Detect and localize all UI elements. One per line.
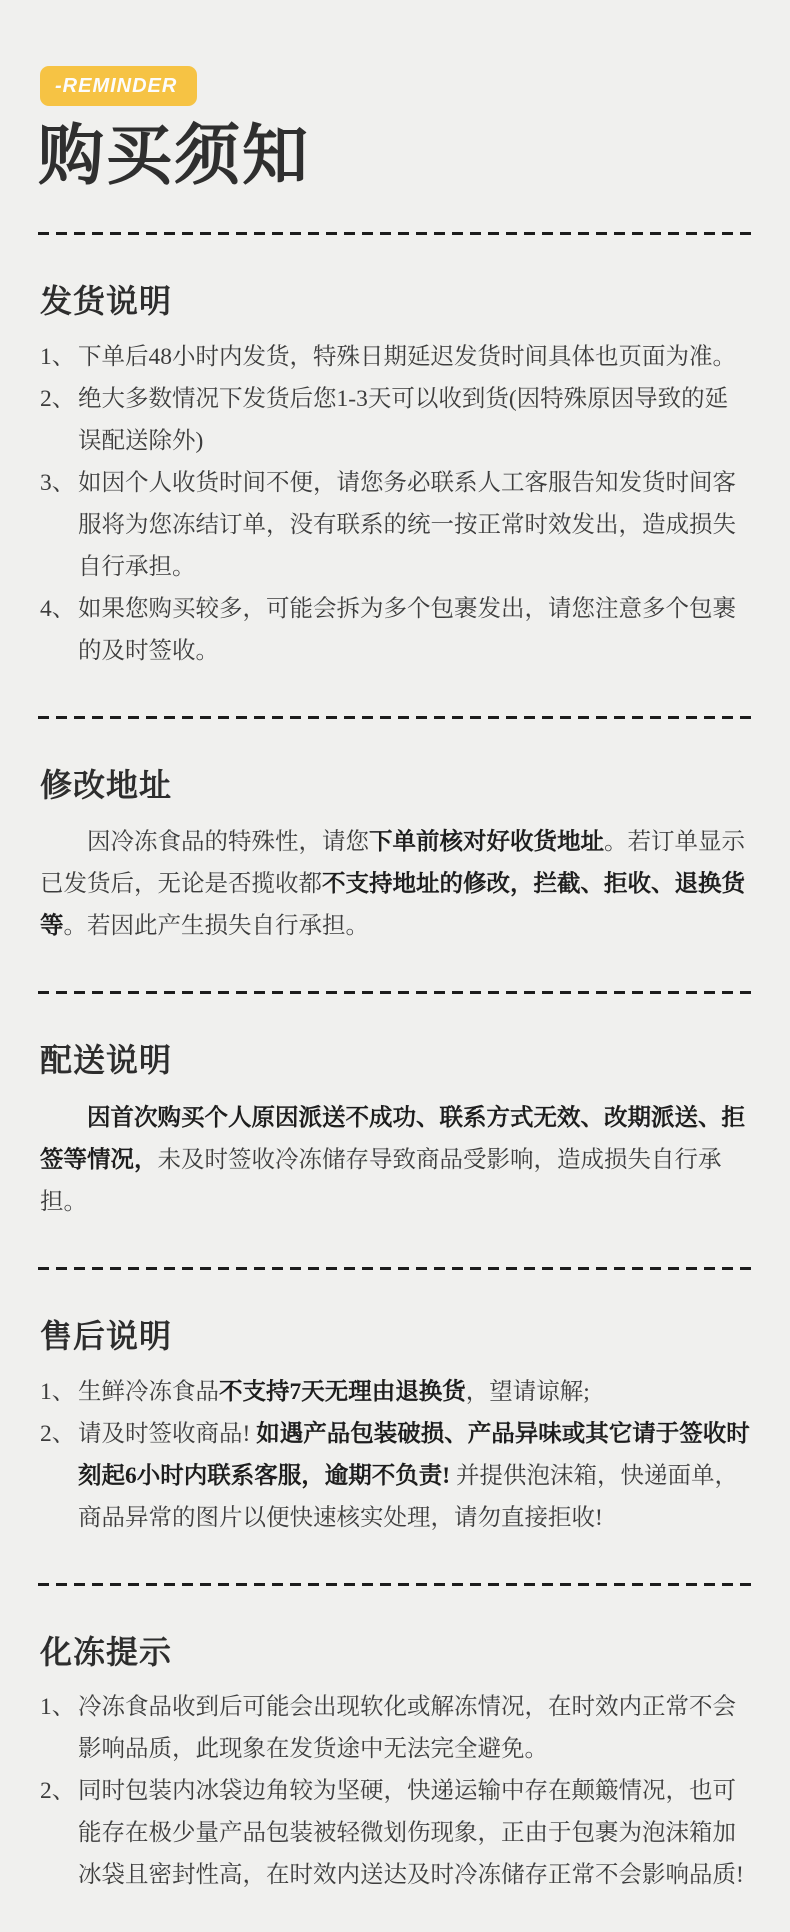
list-item: 4、如果您购买较多，可能会拆为多个包裹发出，请您注意多个包裹的及时签收。 <box>40 588 750 672</box>
title-divider <box>38 232 752 235</box>
list-item-text: ，望请谅解; <box>466 1379 590 1405</box>
list-item: 如果您购买较多，可能会拆为多个包裹发出，请您注意多个包裹的及时签收。 <box>78 588 750 672</box>
list-item-text: 生鲜冷冻食品 <box>78 1379 219 1405</box>
list-item-text: 冷冻食品收到后可能会出现软化或解冻情况，在时效内正常不会影响品质，此现象在发货途… <box>78 1694 736 1762</box>
list-item: 生鲜冷冻食品不支持7天无理由退换货，望请谅解; <box>78 1371 750 1413</box>
section-heading: 修改地址 <box>40 765 750 807</box>
list-item: 1、生鲜冷冻食品不支持7天无理由退换货，望请谅解; <box>40 1371 750 1413</box>
section-heading: 配送说明 <box>40 1040 750 1082</box>
section-paragraph: 因冷冻食品的特殊性，请您下单前核对好收货地址。若订单显示已发货后，无论是否揽收都… <box>40 821 750 947</box>
list-item-text: 下单后48小时内发货，特殊日期延迟发货时间具体也页面为准。 <box>78 344 736 370</box>
list-item: 冷冻食品收到后可能会出现软化或解冻情况，在时效内正常不会影响品质，此现象在发货途… <box>78 1686 750 1770</box>
section-4: 售后说明1、生鲜冷冻食品不支持7天无理由退换货，望请谅解;2、请及时签收商品! … <box>0 1316 790 1539</box>
section-1: 发货说明1、下单后48小时内发货，特殊日期延迟发货时间具体也页面为准。2、绝大多… <box>0 281 790 672</box>
sections: 发货说明1、下单后48小时内发货，特殊日期延迟发货时间具体也页面为准。2、绝大多… <box>0 281 790 1896</box>
list-item: 绝大多数情况下发货后您1-3天可以收到货(因特殊原因导致的延误配送除外) <box>78 378 750 462</box>
list-item: 如因个人收货时间不便，请您务必联系人工客服告知发货时间客服将为您冻结订单，没有联… <box>78 462 750 588</box>
list-item-number: 2、 <box>40 1770 78 1812</box>
list-item: 请及时签收商品! 如遇产品包装破损、产品异味或其它请于签收时刻起6小时内联系客服… <box>78 1413 750 1539</box>
list-item-text: 同时包装内冰袋边角较为坚硬，快递运输中存在颠簸情况，也可能存在极少量产品包装被轻… <box>78 1778 744 1888</box>
section-divider <box>38 991 752 994</box>
list-item: 2、同时包装内冰袋边角较为坚硬，快递运输中存在颠簸情况，也可能存在极少量产品包装… <box>40 1770 750 1896</box>
list-item-number: 2、 <box>40 1413 78 1455</box>
list-item: 2、请及时签收商品! 如遇产品包装破损、产品异味或其它请于签收时刻起6小时内联系… <box>40 1413 750 1539</box>
section-divider <box>38 1267 752 1270</box>
page-title: 购买须知 <box>38 122 790 191</box>
list-item: 3、如因个人收货时间不便，请您务必联系人工客服告知发货时间客服将为您冻结订单，没… <box>40 462 750 588</box>
reminder-badge: -REMINDER <box>40 66 197 106</box>
section-divider <box>38 716 752 719</box>
section-5: 化冻提示1、冷冻食品收到后可能会出现软化或解冻情况，在时效内正常不会影响品质，此… <box>0 1632 790 1897</box>
section-paragraph: 因首次购买个人原因派送不成功、联系方式无效、改期派送、拒签等情况，未及时签收冷冻… <box>40 1097 750 1223</box>
purchase-notice-page: -REMINDER 购买须知 发货说明1、下单后48小时内发货，特殊日期延迟发货… <box>0 0 790 1932</box>
list-item-text: 绝大多数情况下发货后您1-3天可以收到货(因特殊原因导致的延误配送除外) <box>78 386 728 454</box>
section-heading: 化冻提示 <box>40 1632 750 1674</box>
list-item: 下单后48小时内发货，特殊日期延迟发货时间具体也页面为准。 <box>78 336 750 378</box>
list-item-number: 1、 <box>40 1686 78 1728</box>
list-item-emphasis-text: 不支持7天无理由退换货 <box>219 1379 466 1405</box>
list-item-number: 4、 <box>40 588 78 630</box>
list-item: 1、下单后48小时内发货，特殊日期延迟发货时间具体也页面为准。 <box>40 336 750 378</box>
list-item-number: 1、 <box>40 1371 78 1413</box>
section-3: 配送说明因首次购买个人原因派送不成功、联系方式无效、改期派送、拒签等情况，未及时… <box>0 1040 790 1223</box>
section-2: 修改地址因冷冻食品的特殊性，请您下单前核对好收货地址。若订单显示已发货后，无论是… <box>0 765 790 948</box>
section-list: 1、下单后48小时内发货，特殊日期延迟发货时间具体也页面为准。2、绝大多数情况下… <box>40 336 750 672</box>
section-heading: 售后说明 <box>40 1316 750 1358</box>
paragraph-text: 。若因此产生损失自行承担。 <box>64 913 370 939</box>
list-item-number: 2、 <box>40 378 78 420</box>
list-item: 2、绝大多数情况下发货后您1-3天可以收到货(因特殊原因导致的延误配送除外) <box>40 378 750 462</box>
section-list: 1、生鲜冷冻食品不支持7天无理由退换货，望请谅解;2、请及时签收商品! 如遇产品… <box>40 1371 750 1539</box>
list-item-text: 如因个人收货时间不便，请您务必联系人工客服告知发货时间客服将为您冻结订单，没有联… <box>78 470 736 580</box>
list-item: 同时包装内冰袋边角较为坚硬，快递运输中存在颠簸情况，也可能存在极少量产品包装被轻… <box>78 1770 750 1896</box>
section-divider <box>38 1583 752 1586</box>
paragraph-emphasis-text: 下单前核对好收货地址 <box>369 829 604 855</box>
list-item-text: 请及时签收商品! <box>78 1421 256 1447</box>
list-item-number: 3、 <box>40 462 78 504</box>
section-list: 1、冷冻食品收到后可能会出现软化或解冻情况，在时效内正常不会影响品质，此现象在发… <box>40 1686 750 1896</box>
section-heading: 发货说明 <box>40 281 750 323</box>
list-item-number: 1、 <box>40 336 78 378</box>
list-item-text: 如果您购买较多，可能会拆为多个包裹发出，请您注意多个包裹的及时签收。 <box>78 596 736 664</box>
list-item: 1、冷冻食品收到后可能会出现软化或解冻情况，在时效内正常不会影响品质，此现象在发… <box>40 1686 750 1770</box>
paragraph-text: 因冷冻食品的特殊性，请您 <box>87 829 369 855</box>
